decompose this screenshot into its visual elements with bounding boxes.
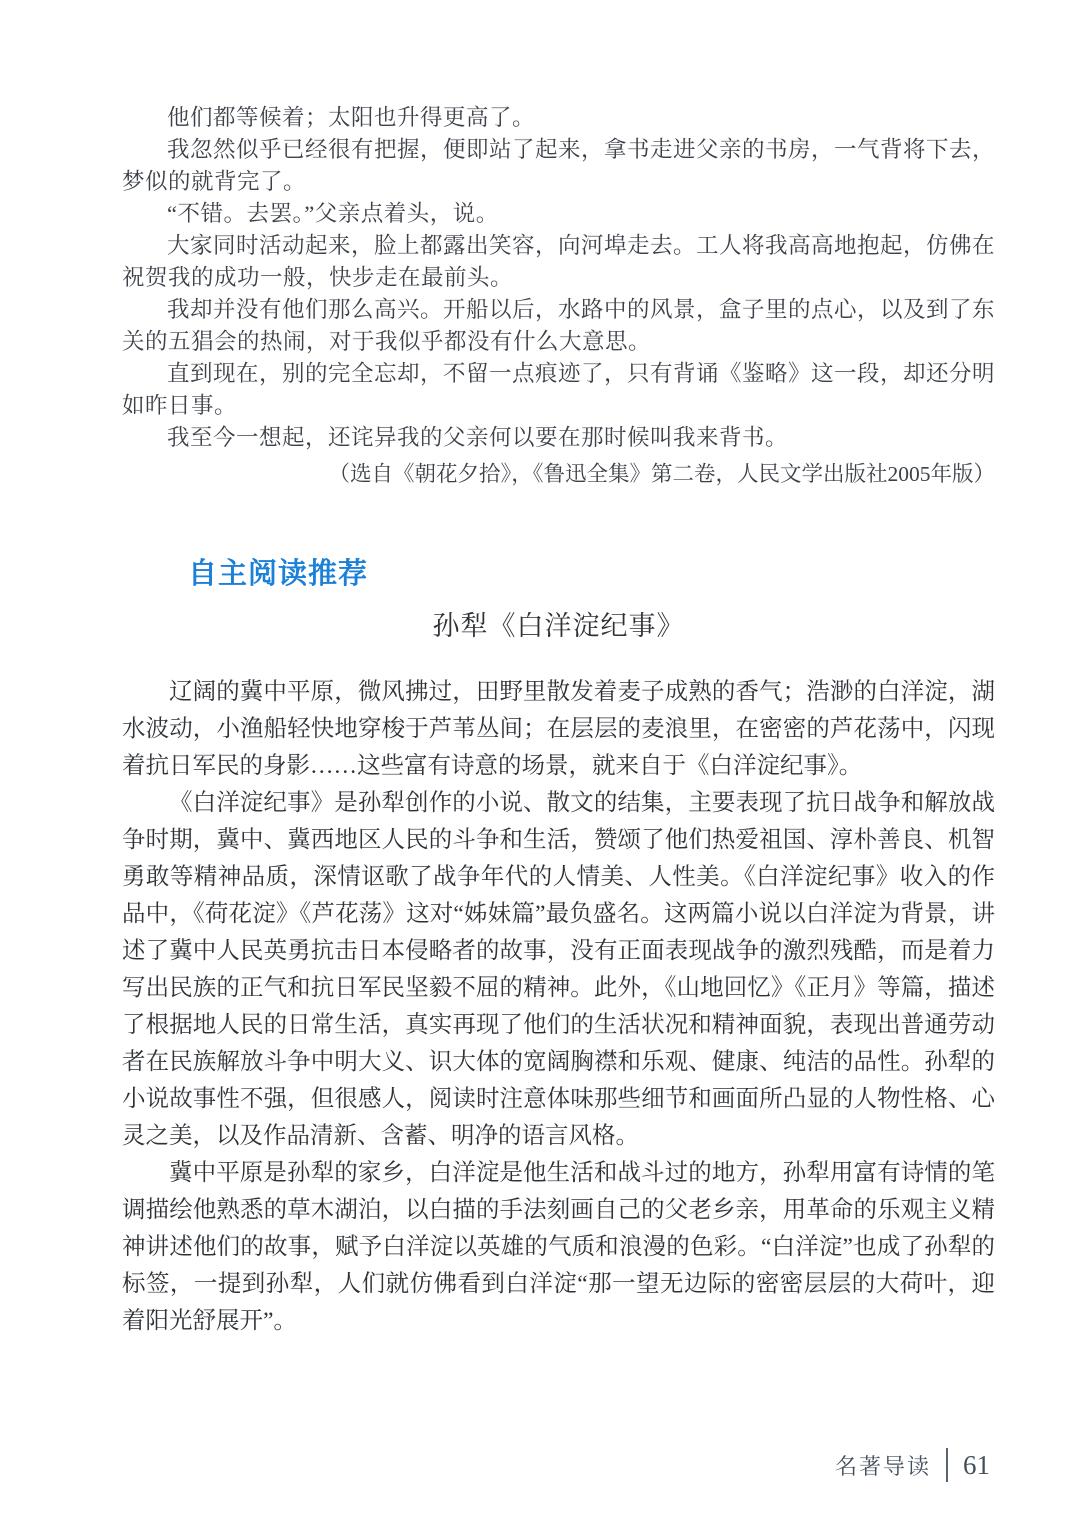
source-attribution: （选自《朝花夕拾》，《鲁迅全集》第二卷，人民文学出版社2005年版） xyxy=(122,458,995,490)
excerpt-section: 他们都等候着；太阳也升得更高了。 我忽然似乎已经很有把握，便即站了起来，拿书走进… xyxy=(122,102,995,490)
recommendation-section: 自主阅读推荐 孙犁《白洋淀纪事》 辽阔的冀中平原，微风拂过，田野里散发着麦子成熟… xyxy=(122,556,995,1340)
recommendation-paragraph: 《白洋淀纪事》是孙犁创作的小说、散文的结集，主要表现了抗日战争和解放战争时期，冀… xyxy=(122,785,995,1155)
section-heading: 自主阅读推荐 xyxy=(188,556,995,592)
excerpt-paragraph: 直到现在，别的完全忘却，不留一点痕迹了，只有背诵《鉴略》这一段，却还分明如昨日事… xyxy=(122,358,995,422)
textbook-page: 他们都等候着；太阳也升得更高了。 我忽然似乎已经很有把握，便即站了起来，拿书走进… xyxy=(0,0,1080,1526)
book-title: 孙犁《白洋淀纪事》 xyxy=(122,608,995,644)
page-number: 61 xyxy=(963,1450,990,1481)
excerpt-paragraph: 我却并没有他们那么高兴。开船以后，水路中的风景，盒子里的点心，以及到了东关的五猖… xyxy=(122,294,995,358)
excerpt-paragraph: 我至今一想起，还诧异我的父亲何以要在那时候叫我来背书。 xyxy=(122,422,995,454)
footer-divider xyxy=(946,1448,948,1482)
recommendation-paragraph: 辽阔的冀中平原，微风拂过，田野里散发着麦子成熟的香气；浩渺的白洋淀，湖水波动，小… xyxy=(122,674,995,785)
excerpt-paragraph: “不错。去罢。”父亲点着头，说。 xyxy=(122,198,995,230)
excerpt-paragraph: 大家同时活动起来，脸上都露出笑容，向河埠走去。工人将我高高地抱起，仿佛在祝贺我的… xyxy=(122,230,995,294)
excerpt-paragraph: 他们都等候着；太阳也升得更高了。 xyxy=(122,102,995,134)
recommendation-paragraph: 冀中平原是孙犁的家乡，白洋淀是他生活和战斗过的地方，孙犁用富有诗情的笔调描绘他熟… xyxy=(122,1155,995,1340)
page-footer: 名著导读 61 xyxy=(835,1448,990,1482)
footer-section-label: 名著导读 xyxy=(835,1450,931,1481)
excerpt-paragraph: 我忽然似乎已经很有把握，便即站了起来，拿书走进父亲的书房，一气背将下去，梦似的就… xyxy=(122,134,995,198)
